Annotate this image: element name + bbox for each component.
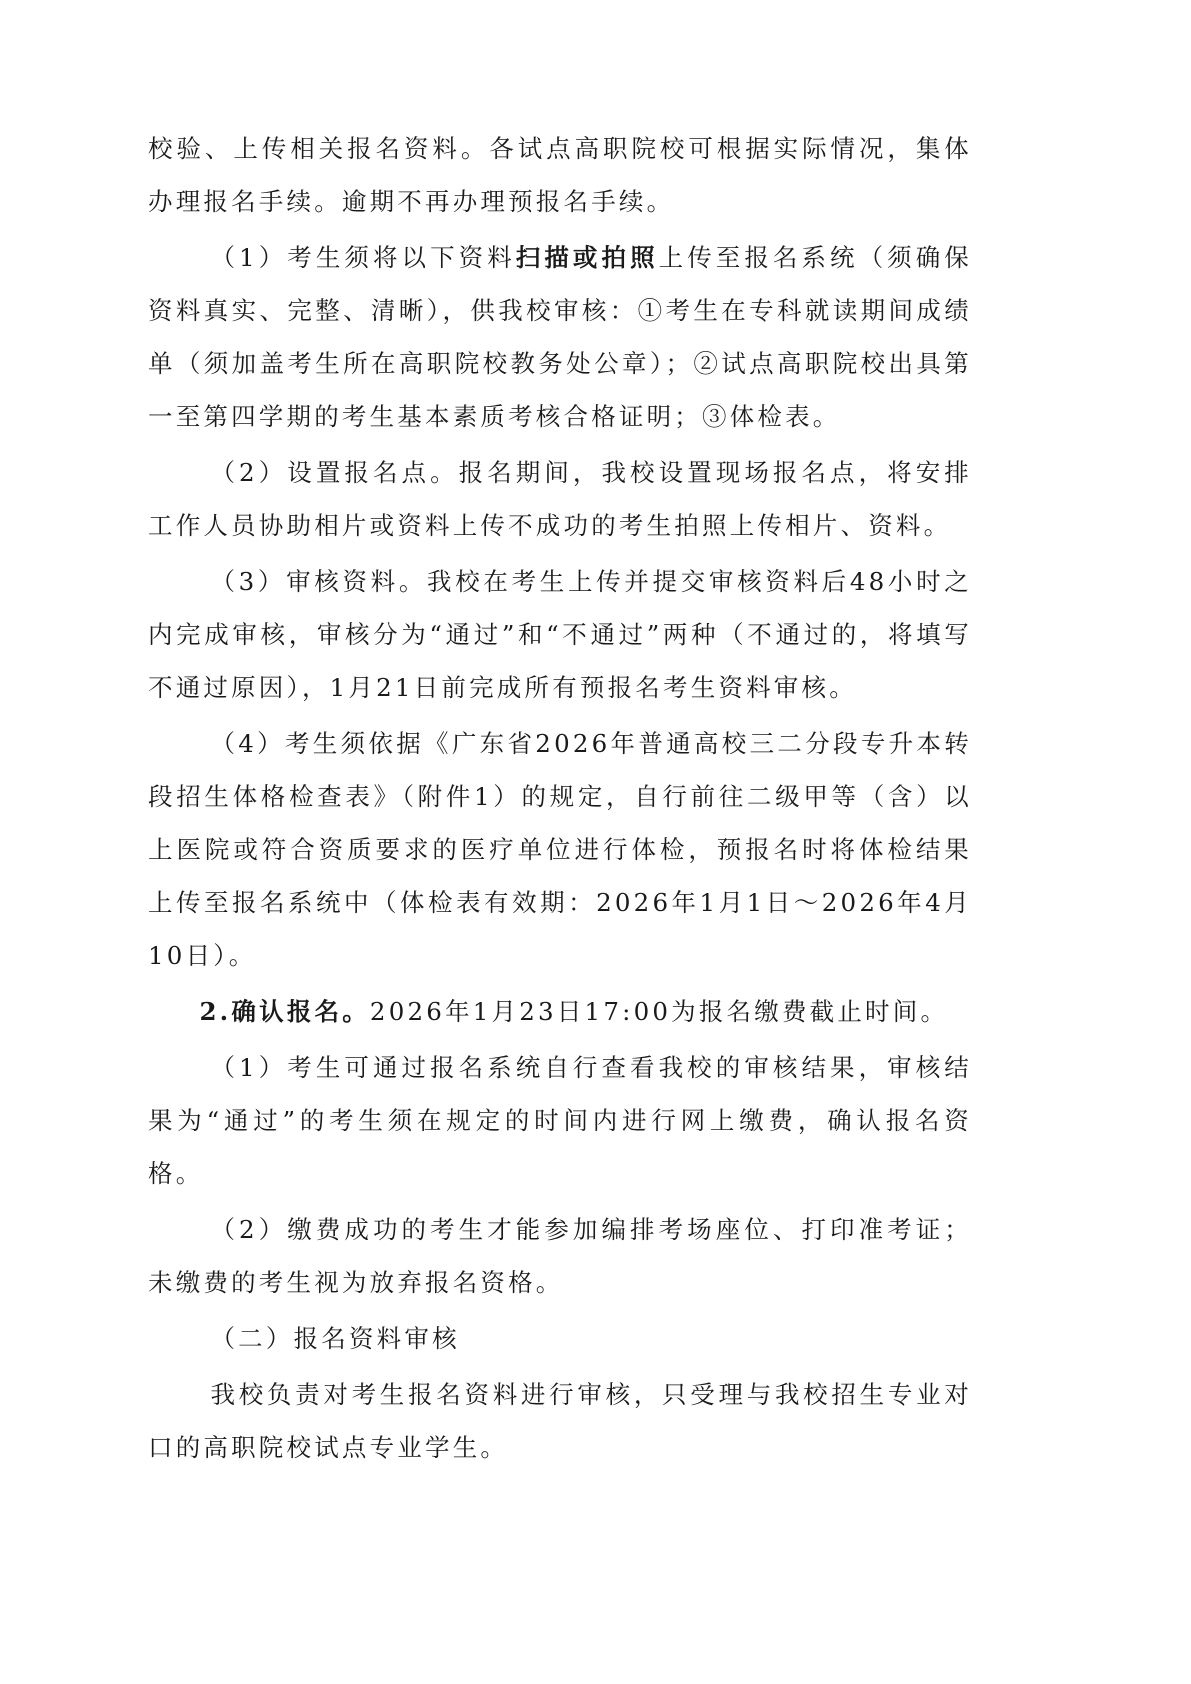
paragraph-review-materials: （3）审核资料。我校在考生上传并提交审核资料后48小时之内完成审核，审核分为“通… xyxy=(148,555,972,714)
paragraph-physical-exam: （4）考生须依据《广东省2026年普通高校三二分段专升本转段招生体格检查表》（附… xyxy=(148,717,972,982)
paragraph-text: （2）缴费成功的考生才能参加编排考场座位、打印准考证；未缴费的考生视为放弃报名资… xyxy=(148,1215,972,1297)
paragraph-registration-point: （2）设置报名点。报名期间，我校设置现场报名点，将安排工作人员协助相片或资料上传… xyxy=(148,446,972,552)
paragraph-payment: （2）缴费成功的考生才能参加编排考场座位、打印准考证；未缴费的考生视为放弃报名资… xyxy=(148,1203,972,1309)
document-page: 校验、上传相关报名资料。各试点高职院校可根据实际情况，集体办理报名手续。逾期不再… xyxy=(148,122,972,1474)
section-heading: 2.确认报名。 xyxy=(199,997,369,1026)
paragraph-text: 2026年1月23日17:00为报名缴费截止时间。 xyxy=(370,997,948,1026)
paragraph-review-scope: 我校负责对考生报名资料进行审核，只受理与我校招生专业对口的高职院校试点专业学生。 xyxy=(148,1368,972,1474)
paragraph-text: （3）审核资料。我校在考生上传并提交审核资料后48小时之内完成审核，审核分为“通… xyxy=(148,567,972,702)
paragraph-text: （1）考生可通过报名系统自行查看我校的审核结果，审核结果为“通过”的考生须在规定… xyxy=(148,1053,972,1188)
paragraph-text: （1）考生须将以下资料 xyxy=(210,243,515,272)
paragraph-text: （2）设置报名点。报名期间，我校设置现场报名点，将安排工作人员协助相片或资料上传… xyxy=(148,458,972,540)
subsection-heading: （二）报名资料审核 xyxy=(148,1312,972,1365)
paragraph-upload-materials: （1）考生须将以下资料扫描或拍照上传至报名系统（须确保资料真实、完整、清晰），供… xyxy=(148,231,972,443)
emphasis-text: 扫描或拍照 xyxy=(516,243,659,272)
heading-text: （二）报名资料审核 xyxy=(210,1324,459,1353)
paragraph-continuation: 校验、上传相关报名资料。各试点高职院校可根据实际情况，集体办理报名手续。逾期不再… xyxy=(148,122,972,228)
paragraph-text: 我校负责对考生报名资料进行审核，只受理与我校招生专业对口的高职院校试点专业学生。 xyxy=(148,1380,972,1462)
paragraph-text: （4）考生须依据《广东省2026年普通高校三二分段专升本转段招生体格检查表》（附… xyxy=(148,729,972,970)
paragraph-text: 校验、上传相关报名资料。各试点高职院校可根据实际情况，集体办理报名手续。逾期不再… xyxy=(148,134,972,216)
paragraph-check-results: （1）考生可通过报名系统自行查看我校的审核结果，审核结果为“通过”的考生须在规定… xyxy=(148,1041,972,1200)
paragraph-confirm-registration: 2.确认报名。2026年1月23日17:00为报名缴费截止时间。 xyxy=(148,985,972,1038)
